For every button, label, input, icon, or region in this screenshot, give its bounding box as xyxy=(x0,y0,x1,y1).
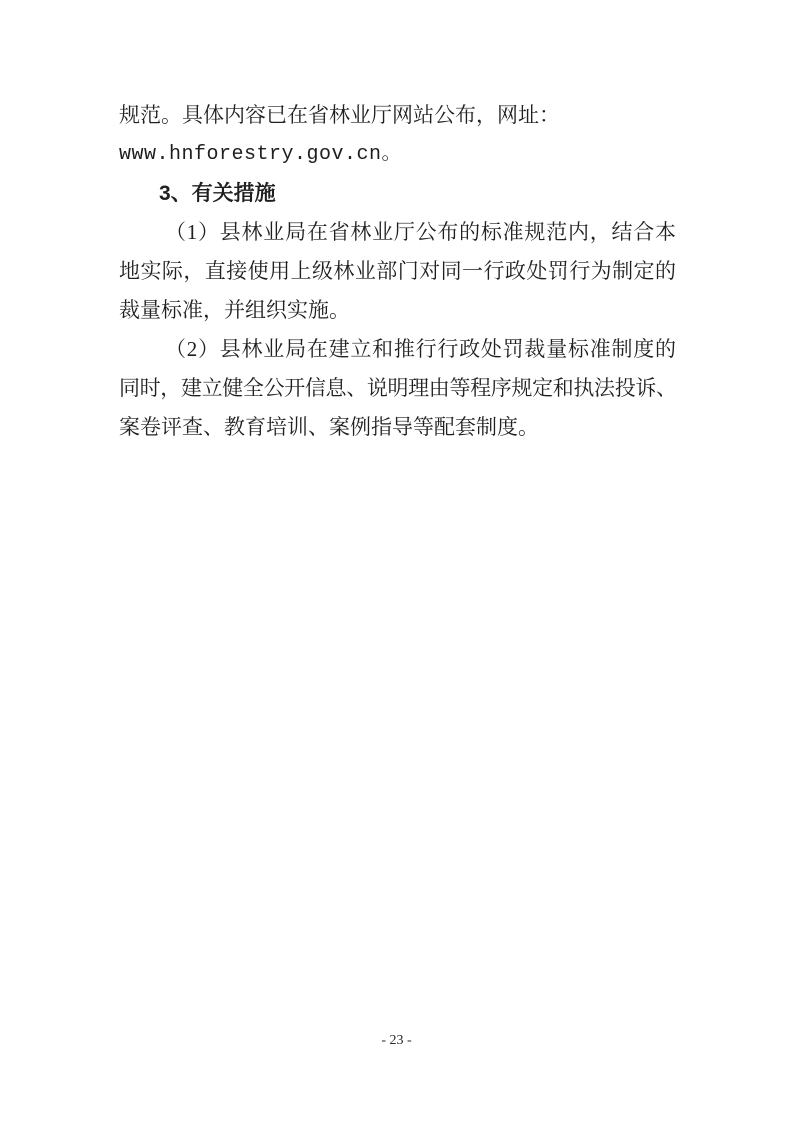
measure-1-line-3: 裁量标准，并组织实施。 xyxy=(119,291,676,330)
measure-2-line-2: 同时，建立健全公开信息、说明理由等程序规定和执法投诉、 xyxy=(119,369,676,408)
measure-1-line-1: （1）县林业局在省林业厅公布的标准规范内，结合本 xyxy=(119,213,676,252)
document-page: 规范。具体内容已在省林业厅网站公布，网址： www.hnforestry.gov… xyxy=(0,0,793,1122)
page-number: - 23 - xyxy=(0,1032,793,1050)
measure-2-line-1: （2）县林业局在建立和推行行政处罚裁量标准制度的 xyxy=(119,330,676,369)
measure-1-line-2: 地实际，直接使用上级林业部门对同一行政处罚行为制定的 xyxy=(119,252,676,291)
intro-paragraph-line-1: 规范。具体内容已在省林业厅网站公布，网址： xyxy=(119,96,676,135)
document-body: 规范。具体内容已在省林业厅网站公布，网址： www.hnforestry.gov… xyxy=(119,96,676,447)
website-url: www.hnforestry.gov.cn。 xyxy=(119,135,676,174)
section-heading-measures: 3、有关措施 xyxy=(119,174,676,213)
measure-2-line-3: 案卷评查、教育培训、案例指导等配套制度。 xyxy=(119,408,676,447)
